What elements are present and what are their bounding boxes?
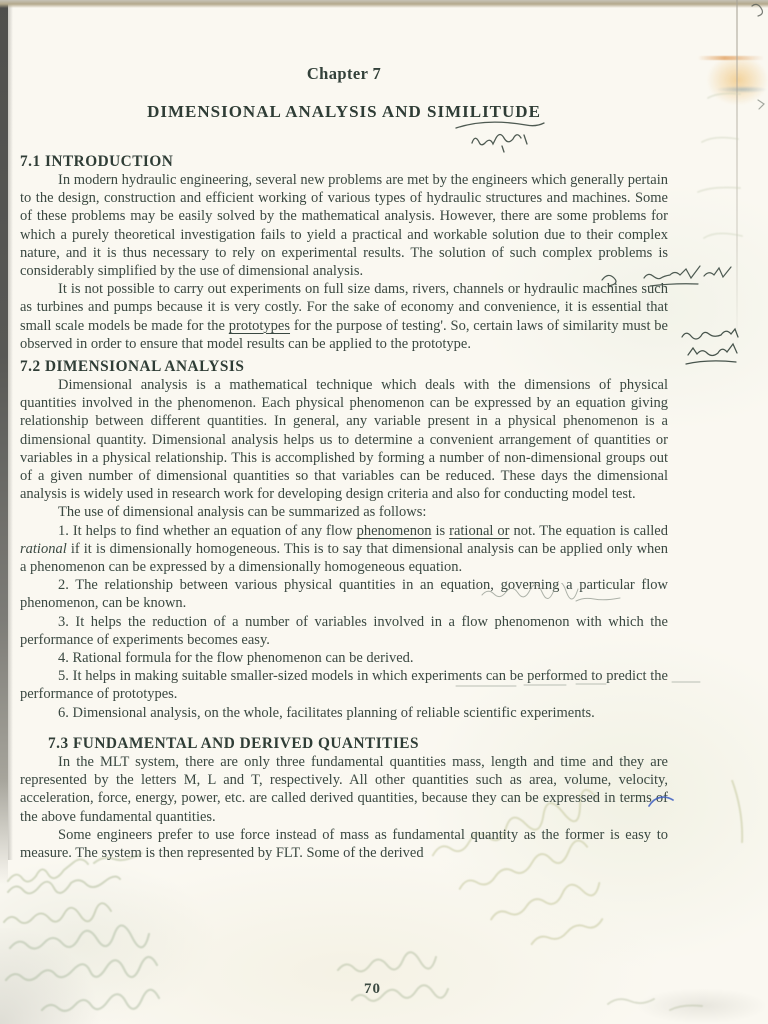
- list-item-6: 6. Dimensional analysis, on the whole, f…: [20, 704, 668, 722]
- left-page-edge-soft-shadow: [8, 0, 13, 860]
- paragraph-7-1-2: It is not possible to carry out experime…: [20, 280, 668, 353]
- left-page-edge-shadow: [0, 0, 8, 885]
- section-heading-7-3: 7.3 FUNDAMENTAL AND DERIVED QUANTITIES: [20, 735, 668, 753]
- scanned-book-page: Chapter 7 DIMENSIONAL ANALYSIS AND SIMIL…: [0, 0, 768, 1024]
- paragraph-7-3-2: Some engineers prefer to use force inste…: [20, 826, 668, 862]
- paragraph-7-3-1: In the MLT system, there are only three …: [20, 753, 668, 826]
- page-number: 70: [364, 981, 381, 998]
- page-body-text: Chapter 7 DIMENSIONAL ANALYSIS AND SIMIL…: [20, 64, 668, 862]
- underlined-word-phenomenon: phenomenon: [357, 523, 432, 539]
- underlined-word-prototypes: prototypes: [229, 318, 290, 334]
- section-heading-7-1: 7.1 INTRODUCTION: [20, 153, 668, 171]
- italic-word-rational: rational: [20, 541, 67, 557]
- glare-orange-streak: [698, 56, 764, 60]
- chapter-label: Chapter 7: [20, 64, 668, 84]
- list-item-4: 4. Rational formula for the flow phenome…: [20, 649, 668, 667]
- list-item-3: 3. It helps the reduction of a number of…: [20, 613, 668, 649]
- bottom-left-corner-shade: [0, 928, 130, 1024]
- page-title: DIMENSIONAL ANALYSIS AND SIMILITUDE: [20, 101, 668, 122]
- list-item-2: 2. The relationship between various phys…: [20, 576, 668, 612]
- text-segment: if it is dimensionally homogeneous. This…: [20, 541, 668, 575]
- section-heading-7-2: 7.2 DIMENSIONAL ANALYSIS: [20, 358, 668, 376]
- text-segment: is: [432, 523, 450, 539]
- glare-blue-streak: [716, 86, 768, 93]
- paragraph-7-2-1: Dimensional analysis is a mathematical t…: [20, 376, 668, 503]
- underlined-words-rational-or: rational or: [449, 523, 509, 539]
- text-segment: not. The equation is called: [509, 523, 668, 539]
- paragraph-7-2-intro: The use of dimensional analysis can be s…: [20, 503, 668, 521]
- handwritten-margin-note-2: [674, 324, 768, 374]
- text-segment: 1. It helps to find whether an equation …: [58, 523, 357, 539]
- paragraph-7-1-1: In modern hydraulic engineering, several…: [20, 171, 668, 280]
- top-page-edge-shadow: [0, 0, 768, 8]
- right-page-crease: [736, 0, 738, 350]
- bottom-right-corner-shade: [636, 988, 768, 1024]
- list-item-1: 1. It helps to find whether an equation …: [20, 522, 668, 577]
- list-item-5: 5. It helps in making suitable smaller-s…: [20, 667, 668, 703]
